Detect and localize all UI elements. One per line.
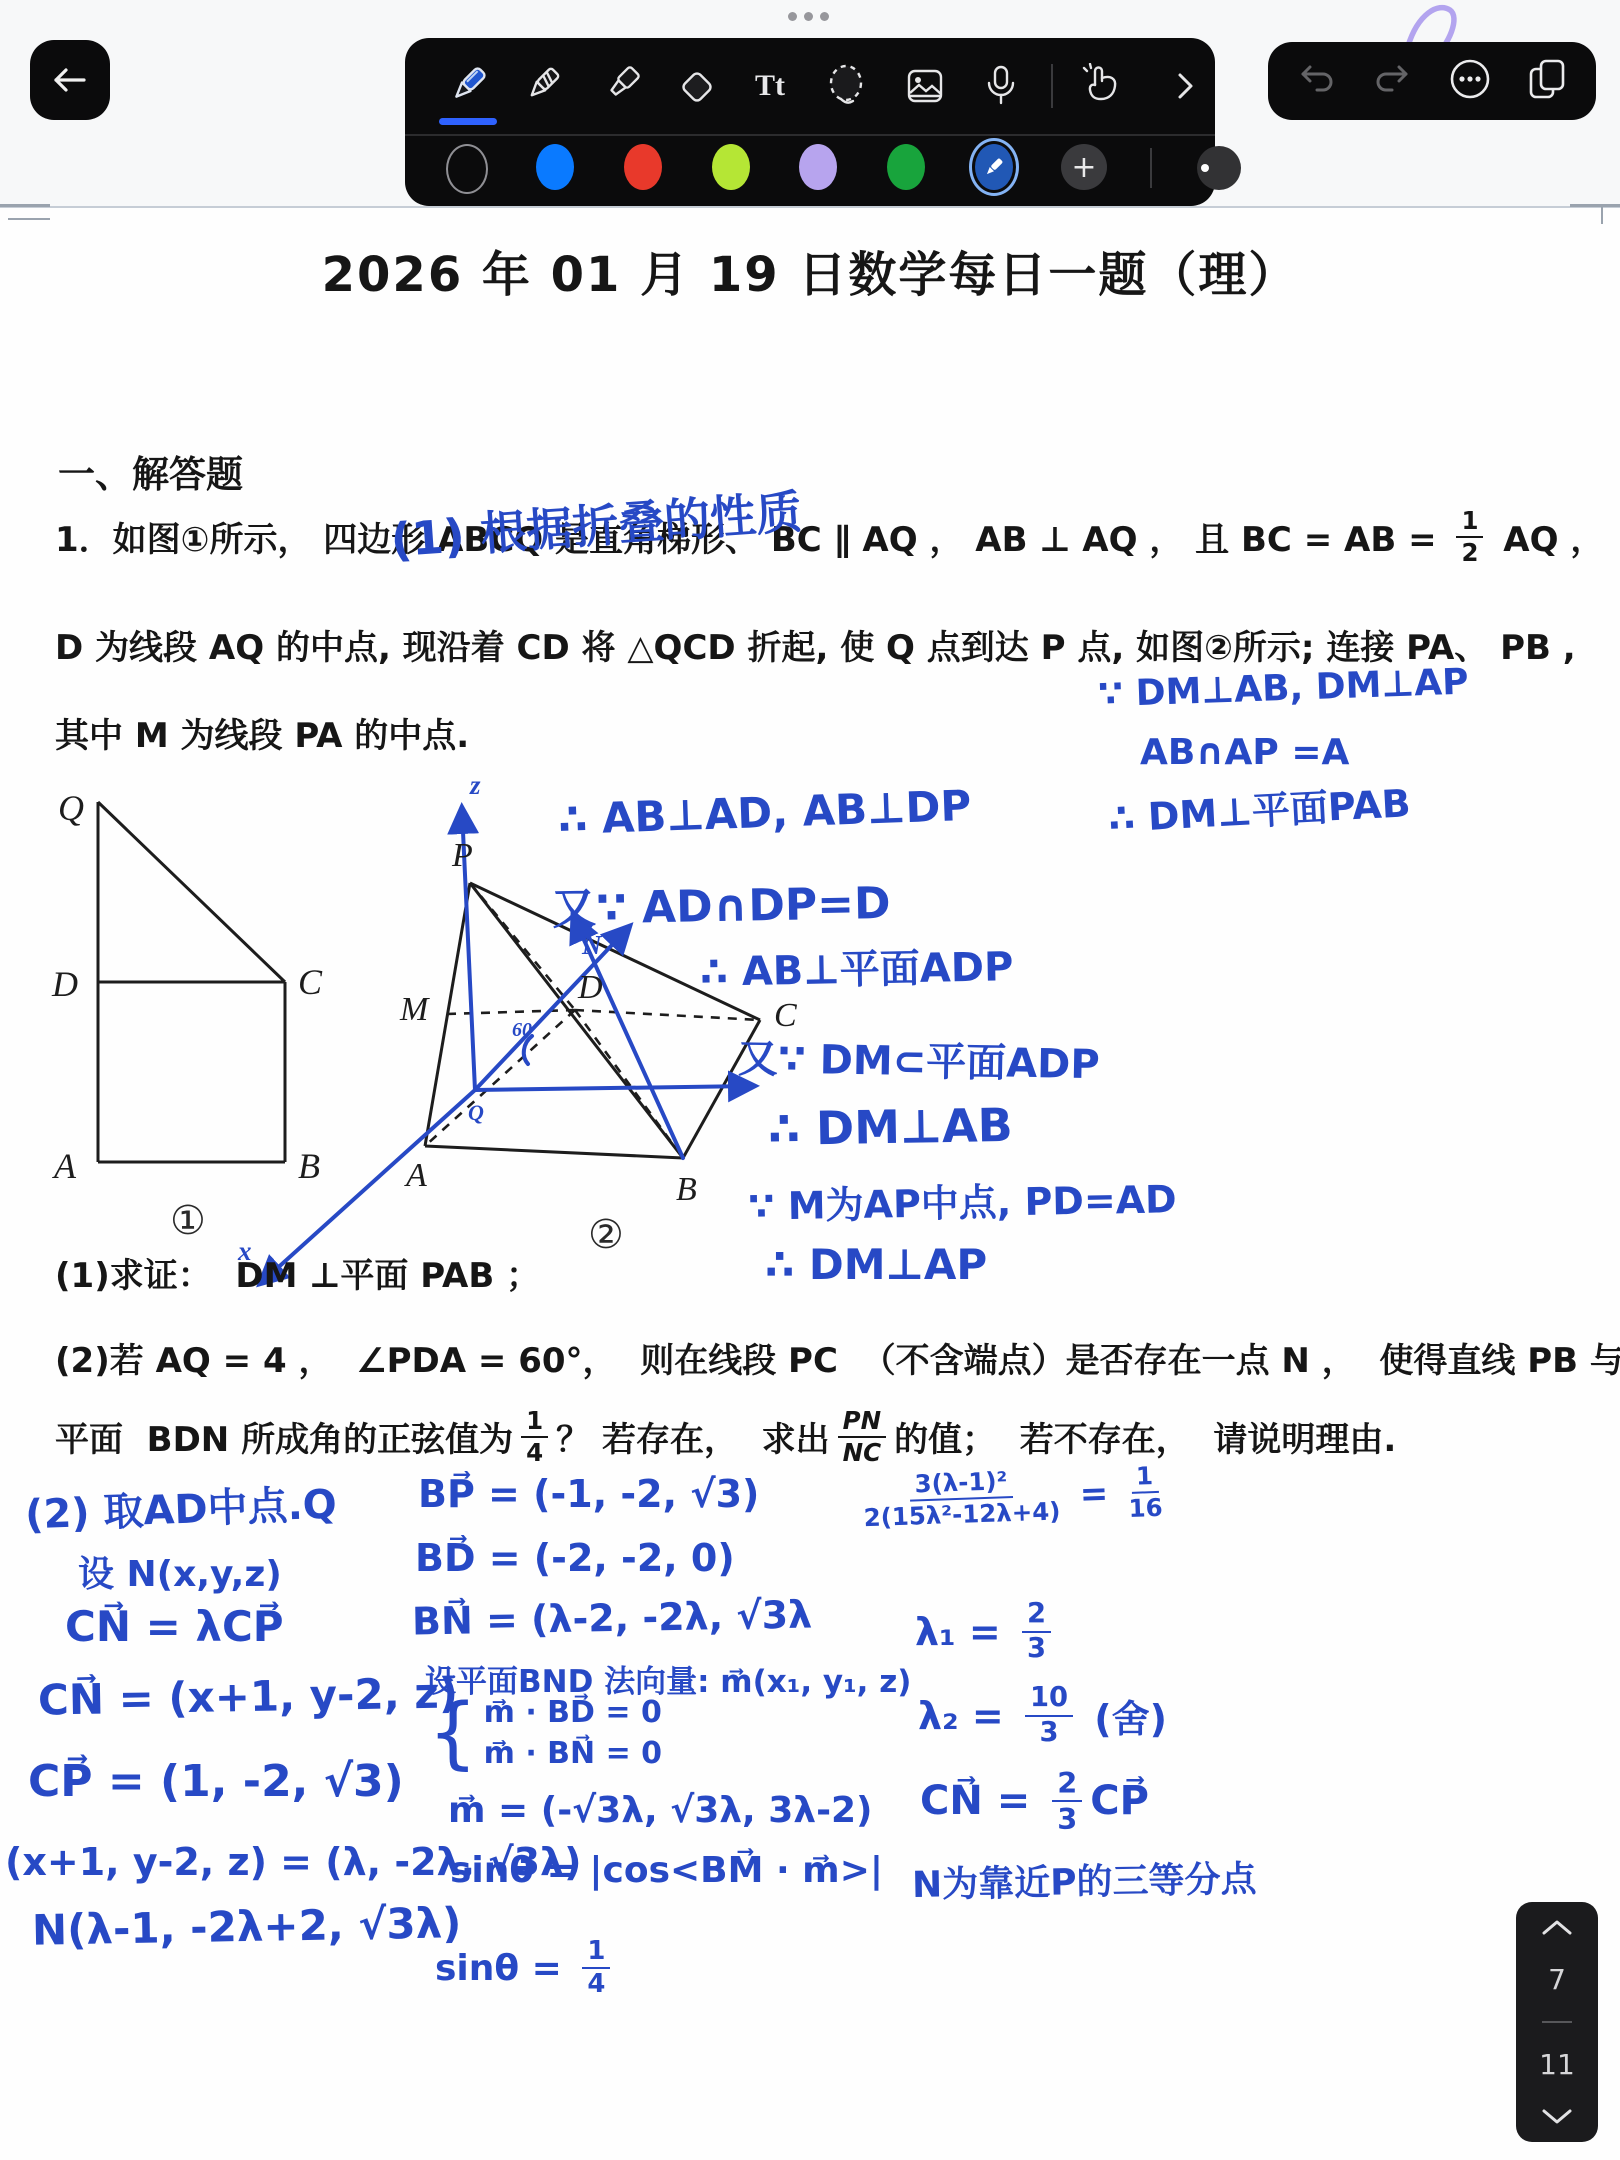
color-swatch-black[interactable] (446, 144, 488, 194)
ink-right-2: λ₁ = 23 (915, 1600, 1059, 1663)
fig2-z-axis-label: z (469, 770, 481, 800)
document-title: 2026 年 01 月 19 日数学每日一题（理） (0, 236, 1620, 305)
fig2-label-A: A (404, 1157, 427, 1194)
ink-step-2: AB∩AP =A (1140, 732, 1349, 773)
system-brace: { (428, 1694, 478, 1772)
ink-step-7: 又∵ DM⊂平面ADP (738, 1027, 1101, 1090)
fig2-label-P: P (451, 837, 473, 874)
notes-app-canvas[interactable]: Tt (0, 0, 1620, 2160)
ink-right-5: N为靠近P的三等分点 (912, 1851, 1257, 1908)
ink-left-7: N(λ-1, -2λ+2, √3λ) (32, 1898, 462, 1954)
ink-left-5: CP⃗ = (1, -2, √3) (28, 1756, 404, 1807)
pen-icon (444, 63, 490, 109)
ink-right-1-eq: = (1067, 1473, 1121, 1515)
pages-icon (1527, 57, 1569, 101)
ink-mid-6: m⃗ = (-√3λ, √3λ, 3λ-2) (448, 1790, 873, 1831)
ink-right-4-text: CN⃗ = (920, 1778, 1044, 1824)
ink-left-3: CN⃗ = λCP⃗ (65, 1602, 284, 1651)
colors-separator (1150, 148, 1152, 188)
undo-icon (1295, 62, 1337, 96)
microphone-icon (978, 63, 1024, 109)
pointing-hand-icon (1077, 63, 1123, 109)
q2l2-text-c: 的值； 若不存在， 请说明理由. (894, 1412, 1396, 1461)
ink-step-9: ∵ M为AP中点, PD=AD (748, 1168, 1178, 1230)
ink-step-10: ∴ DM⊥AP (765, 1240, 987, 1289)
page-corner-mark-right (1570, 204, 1620, 207)
ink-right-3-text: λ₂ = (918, 1694, 1017, 1738)
ink-mid-8: sinθ = 14 (435, 1938, 618, 1998)
back-button[interactable] (30, 40, 110, 120)
page-corner-mark-left (0, 204, 50, 207)
lasso-tool[interactable] (814, 54, 878, 118)
fraction-one-half: 12 (1456, 508, 1483, 565)
color-swatch-lavender[interactable] (799, 144, 837, 190)
fig1-label-Q: Q (58, 788, 84, 828)
hand-gesture-tool[interactable] (1068, 54, 1132, 118)
undo-button[interactable] (1295, 62, 1337, 100)
image-tool[interactable] (893, 54, 957, 118)
ink-mid-1: BP⃗ = (-1, -2, √3) (418, 1472, 759, 1516)
ink-fraction-2-3: 23 (1022, 1600, 1051, 1663)
toolbar-expand-button[interactable] (1153, 54, 1217, 118)
problem-line-1-tail: AQ ， (1491, 512, 1604, 561)
ink-step-5: 又∵ AD∩DP=D (551, 867, 890, 937)
more-options-button[interactable] (1448, 57, 1492, 105)
q2l2-text-a: 平面 BDN 所成角的正弦值为 (55, 1412, 513, 1461)
drawing-toolbar: Tt (405, 38, 1215, 206)
page-edge-line (0, 206, 1620, 208)
text-tool[interactable]: Tt (738, 54, 802, 118)
ink-fraction-2-3b: 23 (1052, 1768, 1082, 1834)
eraser-tool[interactable] (664, 54, 728, 118)
problem-line-3: 其中 M 为线段 PA 的中点. (55, 708, 469, 757)
q2l2-text-b: ？ 若存在， 求出 (556, 1412, 830, 1461)
ink-mid-8-text: sinθ = (435, 1948, 574, 1989)
page-down-button[interactable] (1540, 2106, 1574, 2126)
ink-mid-5a: m⃗ · BD⃗ = 0 (484, 1695, 662, 1730)
ink-left-2: 设 N(x,y,z) (78, 1546, 282, 1597)
fig2-angle-60-label: 60 (512, 1019, 532, 1041)
page-up-button[interactable] (1540, 1918, 1574, 1938)
total-page-count: 11 (1539, 2048, 1575, 2081)
question-2-line2: 平面 BDN 所成角的正弦值为 14 ？ 若存在， 求出 PNNC 的值； 若不… (55, 1408, 1396, 1465)
ink-mid-2: BD⃗ = (-2, -2, 0) (415, 1536, 735, 1580)
ink-left-1: (2) 取AD中点.Q (24, 1473, 337, 1541)
window-drag-handle[interactable] (788, 12, 829, 21)
fig1-label-A: A (52, 1146, 77, 1186)
fig2-caption: ② (588, 1212, 624, 1257)
fig2-label-D: D (577, 969, 603, 1006)
ink-mid-7: sinθ = |cos<BM⃗ · m⃗>| (450, 1850, 883, 1891)
actions-panel (1268, 42, 1596, 120)
ink-right-3: λ₂ = 103 (舍) (918, 1684, 1167, 1747)
fig1-caption: ① (170, 1198, 206, 1243)
image-icon (902, 63, 948, 109)
add-color-button[interactable]: + (1061, 144, 1107, 190)
page-corner-tick-right (1601, 204, 1603, 224)
ink-left-4: CN⃗ = (x+1, y-2, z) (38, 1668, 459, 1724)
color-swatch-red[interactable] (624, 144, 662, 190)
audio-record-tool[interactable] (969, 54, 1033, 118)
page-corner-mark-left2 (8, 218, 50, 220)
chevron-right-icon (1172, 69, 1198, 103)
color-swatch-lime[interactable] (712, 144, 750, 190)
ink-fraction-10-3: 103 (1025, 1684, 1073, 1747)
ink-fraction-1-16: 116 (1127, 1463, 1163, 1522)
overflow-color-dot (1201, 164, 1209, 172)
ink-fraction-1-4: 14 (582, 1938, 610, 1998)
ink-right-4-cp: CP⃗ (1090, 1778, 1149, 1824)
pen-selected-underline (439, 118, 497, 125)
pencil-tool[interactable] (509, 54, 573, 118)
color-swatch-selected-blue[interactable] (975, 144, 1013, 190)
ink-mid-5b: m⃗ · BN⃗ = 0 (484, 1736, 662, 1771)
eraser-diamond-icon (673, 63, 719, 109)
pages-overview-button[interactable] (1527, 57, 1569, 105)
ink-step-1: ∵ DM⊥AB, DM⊥AP (1097, 662, 1469, 716)
ink-step-6: ∴ AB⊥平面ADP (700, 935, 1014, 997)
ink-right-3-reject: (舍) (1081, 1688, 1167, 1743)
pen-tool[interactable] (435, 54, 499, 118)
fraction-one-quarter: 14 (521, 1408, 548, 1465)
ink-step-3: ∴ DM⊥平面PAB (1107, 772, 1412, 843)
plus-icon: + (1071, 150, 1096, 185)
ink-big-fraction: 3(λ-1)²2(15λ²-12λ+4) (862, 1466, 1061, 1530)
redo-icon (1372, 62, 1414, 96)
color-swatch-blue[interactable] (536, 144, 574, 190)
page-navigator: 7 11 (1516, 1902, 1598, 2142)
pencil-icon (518, 63, 564, 109)
ink-right-1: 3(λ-1)²2(15λ²-12λ+4) = 116 (854, 1463, 1171, 1531)
fig2-label-M: M (399, 991, 430, 1028)
tools-separator (1051, 64, 1053, 108)
question-1: (1)求证： DM ⊥平面 PAB ； (55, 1248, 540, 1297)
text-tool-label: Tt (755, 69, 785, 103)
problem-line-2: D 为线段 AQ 的中点, 现沿着 CD 将 △QCD 折起, 使 Q 点到达 … (55, 620, 1576, 669)
toolbar-divider (405, 134, 1215, 136)
ellipsis-circle-icon (1448, 57, 1492, 101)
page-count-divider (1542, 2021, 1572, 2023)
ink-step-8: ∴ DM⊥AB (768, 1098, 1014, 1156)
question-2-line1: (2)若 AQ = 4 ， ∠PDA = 60°， 则在线段 PC （不含端点）… (55, 1333, 1620, 1382)
fraction-PN-NC: PNNC (838, 1408, 886, 1465)
fig2-label-B: B (676, 1171, 697, 1208)
back-arrow-icon (50, 63, 90, 97)
highlighter-tool[interactable] (588, 54, 652, 118)
ink-mid-3: BN⃗ = (λ-2, -2λ, √3λ (412, 1593, 813, 1644)
fig2-origin-label: Q (468, 1100, 484, 1125)
redo-button[interactable] (1372, 62, 1414, 100)
section-heading: 一、解答题 (58, 444, 243, 498)
color-swatch-green[interactable] (887, 144, 925, 190)
lasso-icon (823, 63, 869, 109)
fig1-label-D: D (51, 964, 78, 1004)
highlighter-icon (597, 63, 643, 109)
ink-equation-system: { m⃗ · BD⃗ = 0 m⃗ · BN⃗ = 0 (428, 1694, 662, 1772)
ink-right-2-text: λ₁ = (915, 1610, 1014, 1654)
selected-color-pen-icon (983, 156, 1005, 178)
ink-right-4: CN⃗ = 23 CP⃗ (920, 1768, 1149, 1834)
current-page-number: 7 (1548, 1963, 1566, 1996)
problem-line-1: 1．如图①所示， 四边形 ABCQ 是直角梯形、 BC ∥ AQ ， AB ⊥ … (55, 508, 1604, 565)
